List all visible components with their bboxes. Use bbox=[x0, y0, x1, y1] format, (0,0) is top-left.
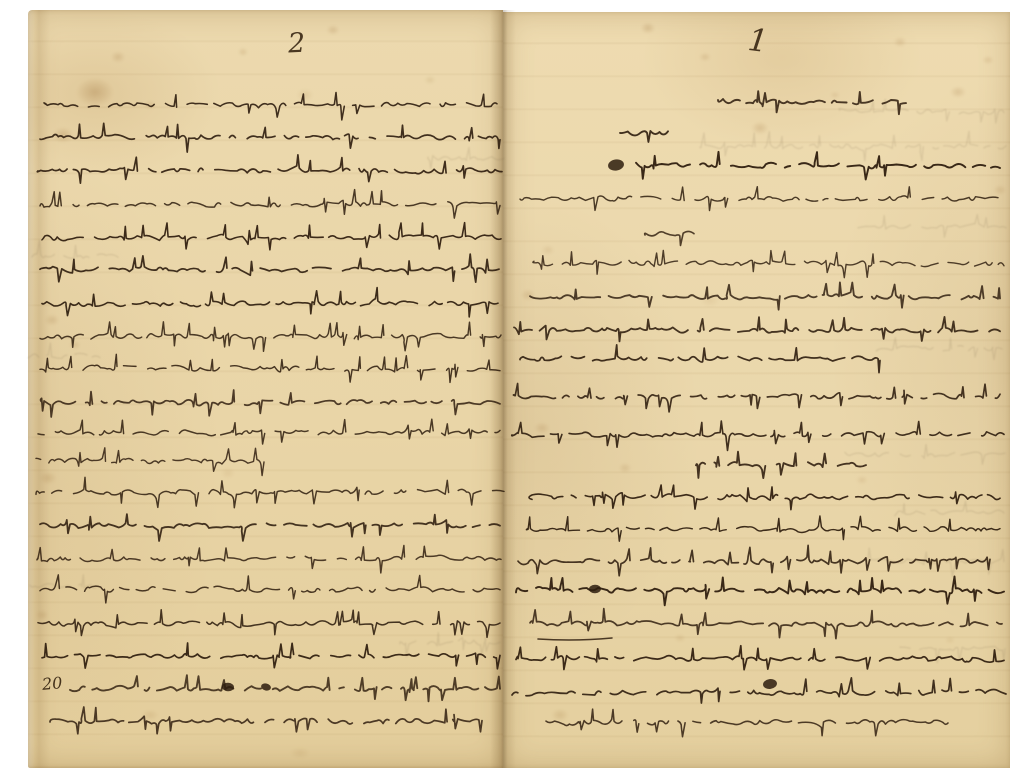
handwriting-line-left-10 bbox=[41, 390, 500, 417]
handwriting-line-left-2 bbox=[40, 123, 500, 152]
showthrough-line bbox=[428, 148, 504, 169]
handwriting-line-right-7 bbox=[530, 282, 1000, 309]
foxing-stain bbox=[69, 72, 121, 112]
handwriting-line-right-3 bbox=[636, 152, 1000, 180]
foxing-stain bbox=[142, 99, 158, 111]
showthrough-line bbox=[865, 548, 1004, 576]
showthrough-line bbox=[876, 338, 1002, 360]
stain-layer bbox=[0, 0, 1010, 768]
showthrough-line bbox=[839, 99, 1004, 123]
foxing-stain bbox=[138, 707, 162, 723]
handwriting-line-left-9 bbox=[40, 354, 500, 382]
handwriting-line-right-13 bbox=[529, 485, 1000, 510]
foxing-stain bbox=[891, 35, 909, 49]
handwriting-line-right-14 bbox=[526, 516, 1000, 541]
foxing-stain bbox=[293, 86, 317, 104]
foxing-stain bbox=[638, 20, 658, 36]
handwriting-line-right-19 bbox=[512, 678, 1006, 703]
page-number-right: 1 bbox=[746, 25, 769, 58]
showthrough-line bbox=[858, 215, 1006, 238]
handwriting-line-left-1 bbox=[44, 93, 497, 120]
handwriting-line-left-13 bbox=[36, 477, 504, 507]
showthrough-line bbox=[400, 633, 500, 657]
handwriting-line-left-12 bbox=[36, 448, 264, 476]
handwriting-line-left-16 bbox=[40, 575, 500, 603]
handwriting-line-right-8 bbox=[514, 317, 1000, 342]
handwriting-line-right-20 bbox=[546, 709, 948, 737]
ink-blot bbox=[589, 585, 601, 594]
showthrough-line bbox=[845, 445, 1005, 465]
ink-underline bbox=[538, 638, 612, 640]
handwriting-line-left-18 bbox=[42, 643, 500, 669]
foxing-stain bbox=[422, 74, 438, 86]
ink-blot bbox=[222, 682, 234, 691]
foxing-stain bbox=[616, 461, 634, 475]
page-gutter-shadow bbox=[490, 10, 516, 768]
foxing-stain bbox=[531, 420, 553, 436]
manuscript-page-2 bbox=[28, 10, 503, 768]
handwriting-line-left-5 bbox=[42, 223, 501, 250]
handwriting-line-right-17 bbox=[530, 609, 1002, 639]
foxing-stain bbox=[980, 54, 996, 66]
foxing-stain bbox=[548, 706, 572, 724]
handwriting-line-right-12 bbox=[696, 452, 866, 478]
handwriting-line-left-8 bbox=[40, 322, 501, 352]
foxing-stain bbox=[49, 124, 77, 146]
foxing-stain bbox=[943, 635, 957, 645]
handwriting-line-left-4 bbox=[40, 190, 500, 219]
showthrough-line bbox=[32, 241, 118, 259]
handwriting-line-left-17 bbox=[38, 610, 500, 638]
foxing-stain bbox=[697, 51, 713, 63]
showthrough-line bbox=[900, 646, 1005, 662]
ink-blot bbox=[607, 158, 625, 172]
handwriting-line-right-5 bbox=[645, 231, 694, 245]
foxing-stain bbox=[518, 287, 538, 303]
foxing-stain bbox=[108, 49, 128, 65]
showthrough-line bbox=[28, 343, 100, 358]
foxing-stain bbox=[286, 745, 314, 761]
foxing-stain bbox=[748, 119, 772, 137]
ink-blot bbox=[762, 678, 777, 690]
foxing-stain bbox=[672, 632, 688, 644]
handwriting-line-right-4 bbox=[520, 187, 998, 211]
handwriting-layer bbox=[0, 0, 1010, 768]
handwriting-line-right-16 bbox=[516, 576, 1004, 605]
foxing-stain bbox=[947, 84, 969, 100]
showthrough-line bbox=[30, 575, 96, 588]
ink-blot bbox=[260, 682, 271, 691]
handwriting-line-left-6 bbox=[40, 254, 499, 282]
handwriting-line-left-19 bbox=[70, 675, 500, 701]
manuscript-scan: 2 1 20 bbox=[0, 0, 1010, 768]
handwriting-line-right-15 bbox=[518, 545, 990, 575]
foxing-stain bbox=[539, 243, 557, 257]
handwriting-line-right-18 bbox=[516, 646, 1004, 670]
manuscript-page-1 bbox=[503, 12, 1010, 768]
handwriting-line-right-2 bbox=[620, 131, 668, 142]
page-number-left: 2 bbox=[287, 30, 306, 58]
foxing-stain bbox=[218, 465, 238, 481]
marginal-numeral: 20 bbox=[41, 675, 63, 693]
handwriting-line-left-15 bbox=[37, 546, 501, 573]
foxing-stain bbox=[854, 474, 870, 486]
foxing-stain bbox=[67, 339, 83, 351]
handwriting-line-right-10 bbox=[513, 384, 1000, 412]
handwriting-line-left-20 bbox=[50, 707, 482, 734]
handwriting-line-right-1 bbox=[718, 91, 906, 114]
handwriting-line-left-11 bbox=[38, 419, 500, 444]
foxing-stain bbox=[324, 23, 342, 37]
showthrough-line bbox=[895, 501, 1004, 516]
foxing-stain bbox=[42, 312, 62, 328]
handwriting-line-left-14 bbox=[40, 514, 500, 541]
handwriting-line-left-7 bbox=[42, 288, 498, 317]
foxing-stain bbox=[36, 469, 60, 487]
handwriting-line-right-11 bbox=[512, 421, 1004, 450]
handwriting-line-right-9 bbox=[520, 345, 880, 373]
showthrough-line bbox=[700, 131, 1006, 160]
foxing-stain bbox=[236, 46, 250, 58]
foxing-stain bbox=[696, 290, 724, 310]
foxing-stain bbox=[828, 90, 842, 100]
handwriting-line-right-6 bbox=[533, 251, 1004, 278]
foxing-stain bbox=[991, 183, 1009, 197]
handwriting-line-left-3 bbox=[37, 155, 502, 183]
foxing-stain bbox=[33, 608, 51, 622]
